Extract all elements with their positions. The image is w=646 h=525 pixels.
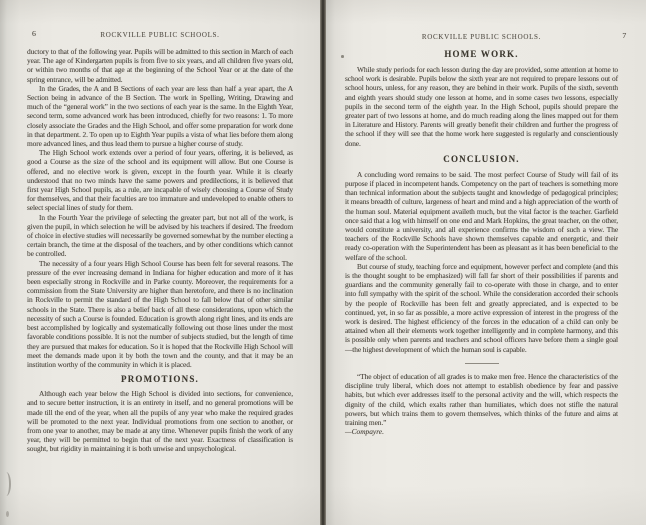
left-page-number: 6 xyxy=(32,30,37,38)
scanned-book-spread: 6 ROCKVILLE PUBLIC SCHOOLS. ductory to t… xyxy=(0,0,646,525)
left-running-header: 6 ROCKVILLE PUBLIC SCHOOLS. xyxy=(27,31,293,39)
divider-rule xyxy=(465,363,499,364)
paragraph: But course of study, teaching force and … xyxy=(345,262,618,354)
right-page: ROCKVILLE PUBLIC SCHOOLS. 7 HOME WORK. W… xyxy=(326,0,646,525)
left-running-header-title: ROCKVILLE PUBLIC SCHOOLS. xyxy=(100,31,219,39)
right-running-header-title: ROCKVILLE PUBLIC SCHOOLS. xyxy=(422,33,541,41)
paragraph: In the Fourth Year the privilege of sele… xyxy=(27,213,293,259)
quote-paragraph: “The object of education of all grades i… xyxy=(345,372,618,427)
paragraph: The High School work extends over a peri… xyxy=(27,148,293,212)
section-heading-conclusion: CONCLUSION. xyxy=(345,154,618,165)
ink-speck xyxy=(341,55,344,58)
binding-mark xyxy=(3,472,11,496)
section-heading-home-work: HOME WORK. xyxy=(345,49,618,60)
left-page: 6 ROCKVILLE PUBLIC SCHOOLS. ductory to t… xyxy=(0,0,321,525)
paragraph: A concluding word remains to be said. Th… xyxy=(345,170,618,262)
paragraph: While study periods for each lesson duri… xyxy=(345,65,618,148)
quote-attribution: —Compayre. xyxy=(345,427,618,436)
paragraph: ductory to that of the following year. P… xyxy=(27,47,293,84)
right-page-content: ROCKVILLE PUBLIC SCHOOLS. 7 HOME WORK. W… xyxy=(345,33,618,436)
paragraph: The necessity of a four years High Schoo… xyxy=(27,259,293,369)
ink-speck xyxy=(6,511,9,517)
paragraph: Although each year below the High School… xyxy=(27,389,293,453)
right-running-header: ROCKVILLE PUBLIC SCHOOLS. 7 xyxy=(345,33,618,41)
right-page-number: 7 xyxy=(622,32,627,40)
section-heading-promotions: PROMOTIONS. xyxy=(27,374,293,385)
left-page-content: 6 ROCKVILLE PUBLIC SCHOOLS. ductory to t… xyxy=(27,31,293,454)
paragraph: In the Grades, the A and B Sections of e… xyxy=(27,84,293,148)
